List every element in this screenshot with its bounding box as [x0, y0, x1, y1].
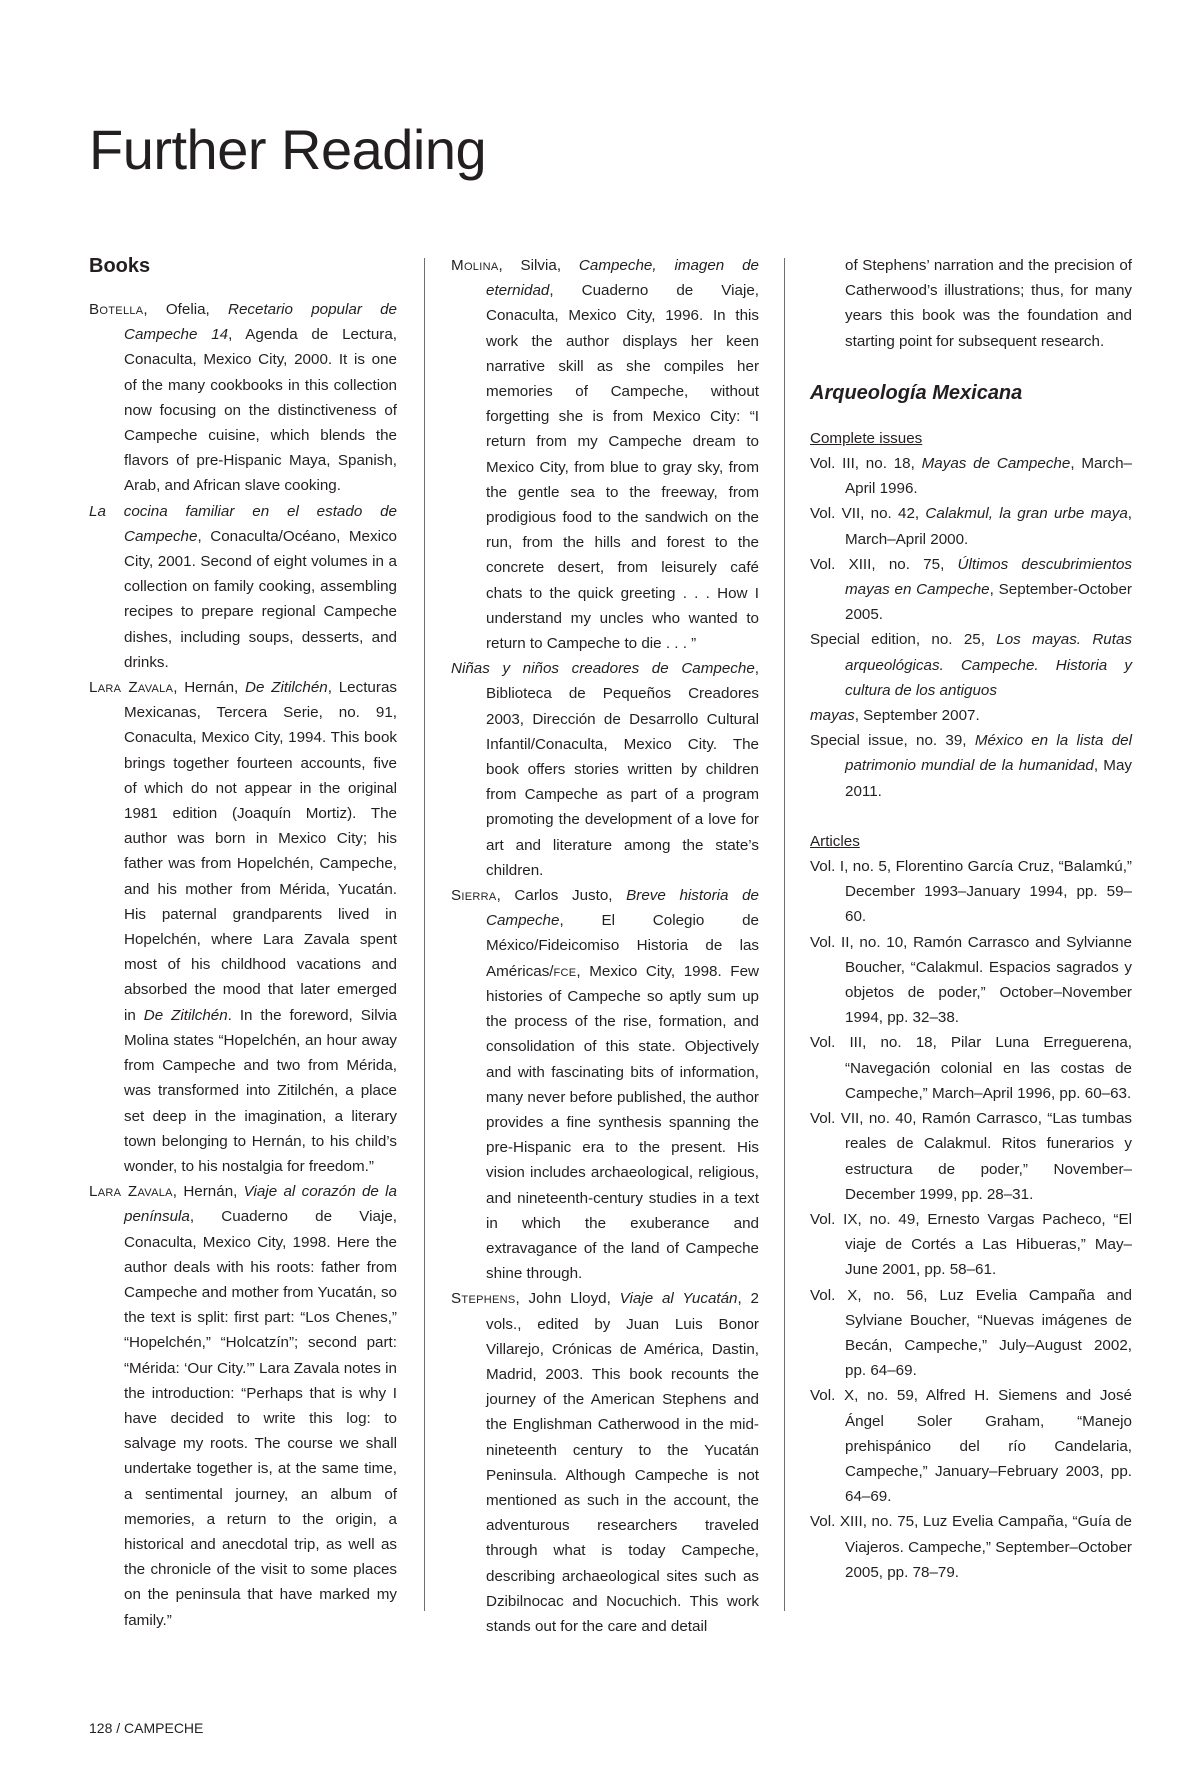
book-entry: Botella, Ofelia, Recetario popular de Ca… [89, 297, 397, 499]
entry-details: , Conaculta/Océano, Mexico City, 2001. S… [124, 528, 397, 671]
issue-entry: mayas, September 2007. [810, 703, 1132, 728]
entry-title: De Zitilchén [245, 679, 328, 696]
article-entry: Vol. X, no. 56, Luz Evelia Campaña and S… [810, 1283, 1132, 1384]
article-entry: Vol. IX, no. 49, Ernesto Vargas Pacheco,… [810, 1207, 1132, 1283]
entry-details: , Lecturas Mexicanas, Tercera Serie, no.… [124, 679, 397, 1024]
entry-author: Botella [89, 301, 143, 318]
page-footer: 128 / CAMPECHE [89, 1720, 203, 1736]
entry-details: , Cuaderno de Viaje, Conaculta, Mexico C… [486, 282, 759, 652]
article-entry: Vol. X, no. 59, Alfred H. Siemens and Jo… [810, 1383, 1132, 1509]
entry-continuation: of Stephens’ narration and the precision… [810, 253, 1132, 354]
entry-title: Viaje al Yucatán [620, 1290, 738, 1307]
article-entry: Vol. XIII, no. 75, Luz Evelia Campaña, “… [810, 1509, 1132, 1585]
arqueologia-heading: Arqueología Mexicana [810, 380, 1132, 406]
issue-entry: Vol. III, no. 18, Mayas de Campeche, Mar… [810, 451, 1132, 501]
column-left: Books Botella, Ofelia, Recetario popular… [89, 253, 397, 1633]
book-entry: Niñas y niños creadores de Campeche, Bib… [451, 656, 759, 883]
book-entry: Sierra, Carlos Justo, Breve historia de … [451, 883, 759, 1286]
entry-author: Stephens [451, 1290, 516, 1307]
entry-title: Niñas y niños creadores de Campeche [451, 660, 755, 677]
column-middle: Molina, Silvia, Campeche, imagen de eter… [451, 253, 759, 1639]
complete-issues-heading: Complete issues [810, 426, 1132, 451]
issue-entry: Vol. XIII, no. 75, Últimos descubrimient… [810, 552, 1132, 628]
issue-entry: Vol. VII, no. 42, Calakmul, la gran urbe… [810, 501, 1132, 551]
book-entry: Molina, Silvia, Campeche, imagen de eter… [451, 253, 759, 656]
article-entry: Vol. I, no. 5, Florentino García Cruz, “… [810, 854, 1132, 930]
issue-entry: Special issue, no. 39, México en la list… [810, 728, 1132, 804]
article-entry: Vol. II, no. 10, Ramón Carrasco and Sylv… [810, 930, 1132, 1031]
article-entry: Vol. III, no. 18, Pilar Luna Erreguerena… [810, 1030, 1132, 1106]
entry-details: , Biblioteca de Pequeños Creadores 2003,… [486, 660, 759, 879]
entry-details: , Agenda de Lectura, Conaculta, Mexico C… [124, 326, 397, 494]
column-right: of Stephens’ narration and the precision… [810, 253, 1132, 1585]
books-heading: Books [89, 253, 397, 279]
entry-details: , Cuaderno de Viaje, Conaculta, Mexico C… [124, 1208, 397, 1628]
issue-entry: Special edition, no. 25, Los mayas. Ruta… [810, 627, 1132, 703]
book-entry: Lara Zavala, Hernán, Viaje al corazón de… [89, 1179, 397, 1633]
article-entry: Vol. VII, no. 40, Ramón Carrasco, “Las t… [810, 1106, 1132, 1207]
entry-author: Lara Zavala [89, 679, 173, 696]
book-entry: Lara Zavala, Hernán, De Zitilchén, Lectu… [89, 675, 397, 1179]
page-title: Further Reading [89, 122, 486, 178]
column-divider [784, 258, 785, 1611]
articles-heading: Articles [810, 829, 1132, 854]
entry-author: Lara Zavala [89, 1183, 173, 1200]
column-divider [424, 258, 425, 1611]
entry-author: Sierra [451, 887, 497, 904]
entry-author: Molina [451, 257, 498, 274]
book-entry: La cocina familiar en el estado de Campe… [89, 499, 397, 675]
entry-details: , 2 vols., edited by Juan Luis Bonor Vil… [486, 1290, 759, 1635]
book-entry: Stephens, John Lloyd, Viaje al Yucatán, … [451, 1286, 759, 1639]
